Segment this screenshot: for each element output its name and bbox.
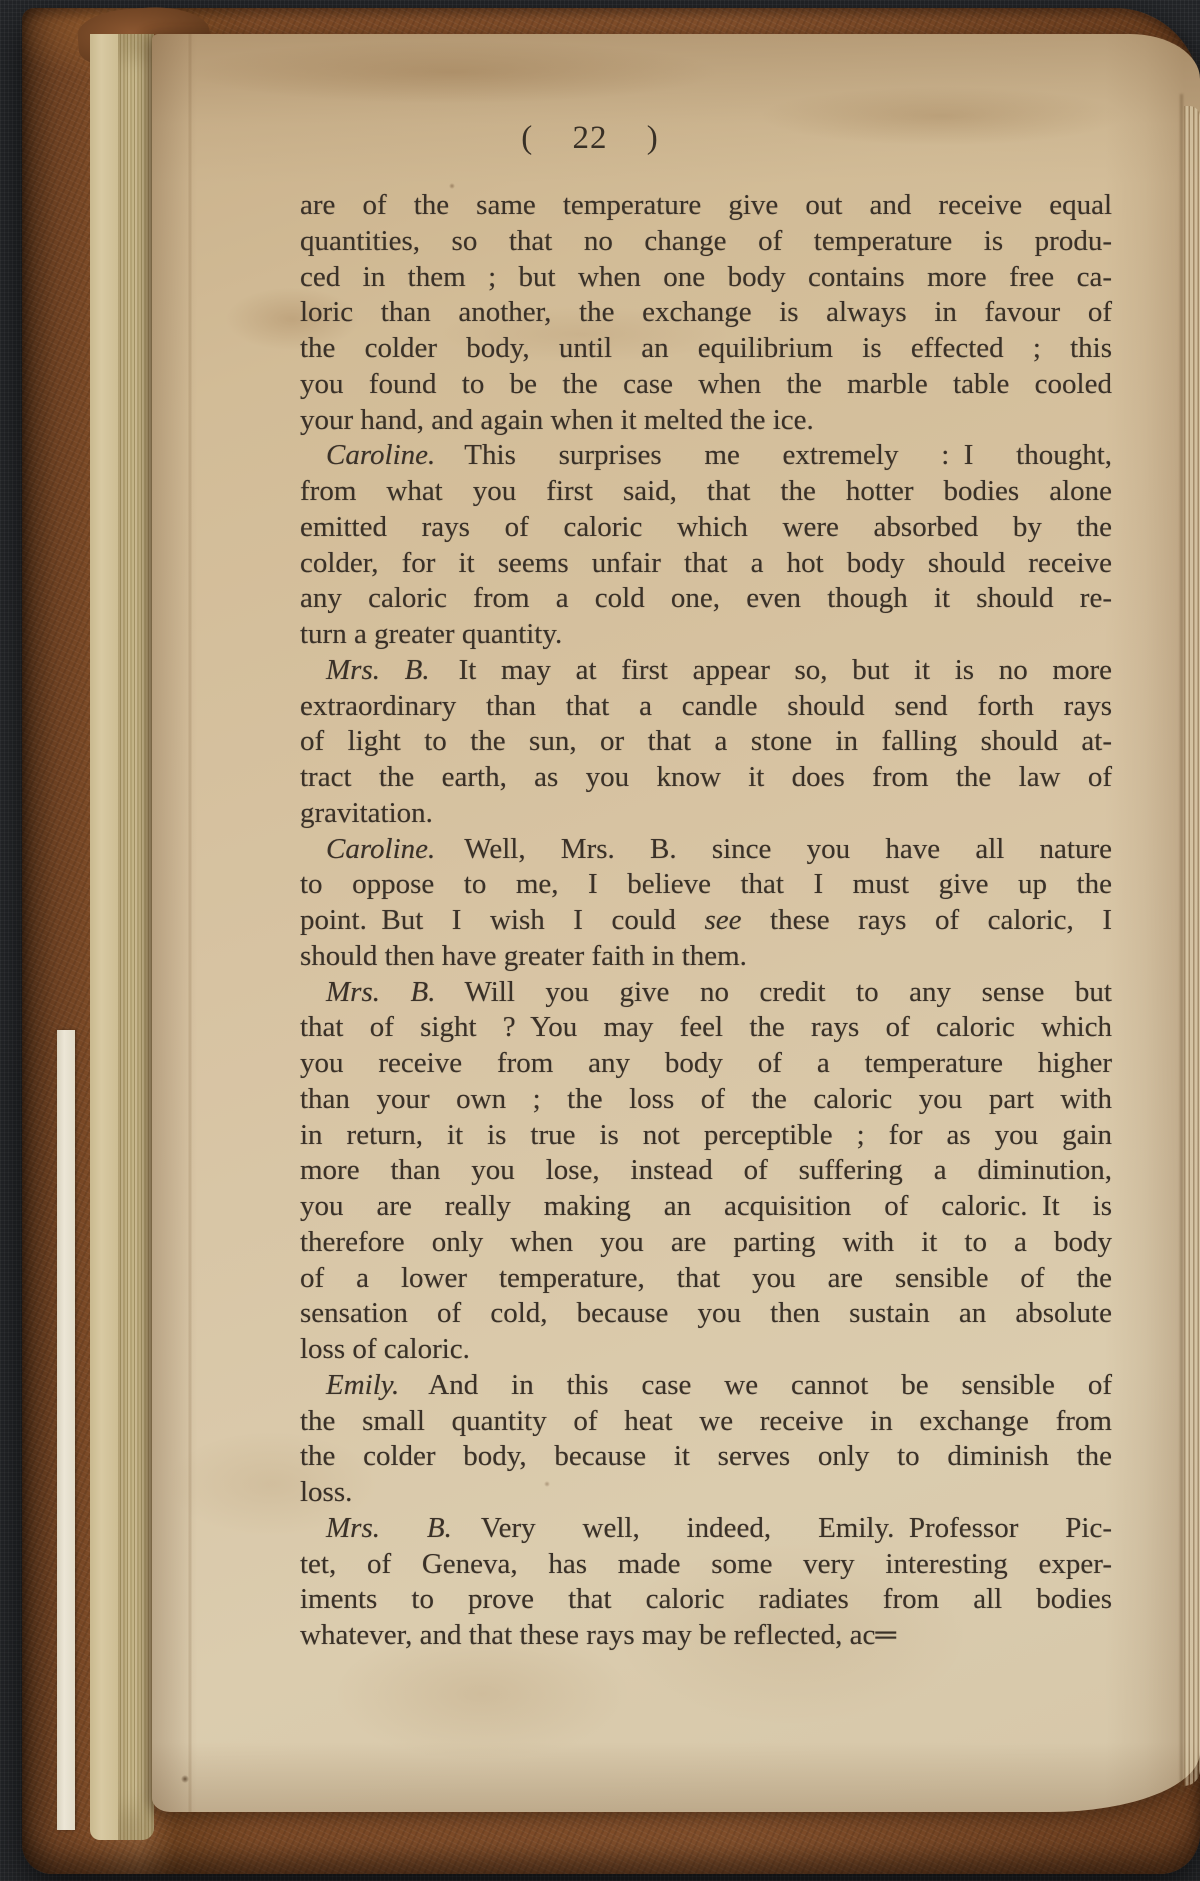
text-line: extraordinary than that a candle should … (300, 689, 1112, 725)
text-line: you are really making an acquisition of … (300, 1189, 1112, 1225)
text-line: colder, for it seems unfair that a hot b… (300, 546, 1112, 582)
text-line: sensation of cold, because you then sust… (300, 1296, 1112, 1332)
page-edge-right (1184, 106, 1200, 1786)
page-crease (1180, 94, 1183, 1794)
text-line: point. But I wish I could see these rays… (300, 903, 1112, 939)
text-line: from what you first said, that the hotte… (300, 474, 1112, 510)
text-line: Caroline. This surprises me extremely : … (300, 438, 1112, 474)
text-line: in return, it is true is not perceptible… (300, 1118, 1112, 1154)
text-line: Mrs. B. Will you give no credit to any s… (300, 975, 1112, 1011)
text-line: gravitation. (300, 796, 1112, 832)
text-line: of light to the sun, or that a stone in … (300, 724, 1112, 760)
text-line: loric than another, the exchange is alwa… (300, 295, 1112, 331)
text-line: you receive from any body of a temperatu… (300, 1046, 1112, 1082)
text-line: your hand, and again when it melted the … (300, 403, 1112, 439)
page-edge-stack (118, 34, 154, 1840)
text-line: turn a greater quantity. (300, 617, 1112, 653)
text-line: iments to prove that caloric radiates fr… (300, 1582, 1112, 1618)
text-line: quantities, so that no change of tempera… (300, 224, 1112, 260)
text-line: than your own ; the loss of the caloric … (300, 1082, 1112, 1118)
text-line: tet, of Geneva, has made some very inter… (300, 1547, 1112, 1583)
text-line: that of sight ? You may feel the rays of… (300, 1010, 1112, 1046)
text-line: the colder body, because it serves only … (300, 1439, 1112, 1475)
bookmark-slip (57, 1030, 75, 1830)
text-line: of a lower temperature, that you are sen… (300, 1261, 1112, 1297)
text-line: Mrs. B. Very well, indeed, Emily. Profes… (300, 1511, 1112, 1547)
text-line: Emily. And in this case we cannot be sen… (300, 1368, 1112, 1404)
text-line: therefore only when you are parting with… (300, 1225, 1112, 1261)
text-line: the small quantity of heat we receive in… (300, 1404, 1112, 1440)
text-line: the colder body, until an equilibrium is… (300, 331, 1112, 367)
page-text: are of the same temperature give out and… (300, 188, 1112, 1654)
text-line: you found to be the case when the marble… (300, 367, 1112, 403)
text-line: ced in them ; but when one body contains… (300, 260, 1112, 296)
text-line: emitted rays of caloric which were absor… (300, 510, 1112, 546)
text-line: are of the same temperature give out and… (300, 188, 1112, 224)
page-number: ( 22 ) (470, 118, 710, 158)
book-photo: ( 22 ) are of the same temperature give … (0, 0, 1200, 1881)
text-line: loss. (300, 1475, 1112, 1511)
text-line: tract the earth, as you know it does fro… (300, 760, 1112, 796)
text-line: more than you lose, instead of suffering… (300, 1153, 1112, 1189)
text-line: any caloric from a cold one, even though… (300, 581, 1112, 617)
text-line: to oppose to me, I believe that I must g… (300, 867, 1112, 903)
text-line: Mrs. B. It may at first appear so, but i… (300, 653, 1112, 689)
text-line: should then have greater faith in them. (300, 939, 1112, 975)
text-line: Caroline. Well, Mrs. B. since you have a… (300, 832, 1112, 868)
page-edge-stack-inner (90, 34, 118, 1840)
text-line: loss of caloric. (300, 1332, 1112, 1368)
text-line: whatever, and that these rays may be ref… (300, 1618, 1112, 1654)
